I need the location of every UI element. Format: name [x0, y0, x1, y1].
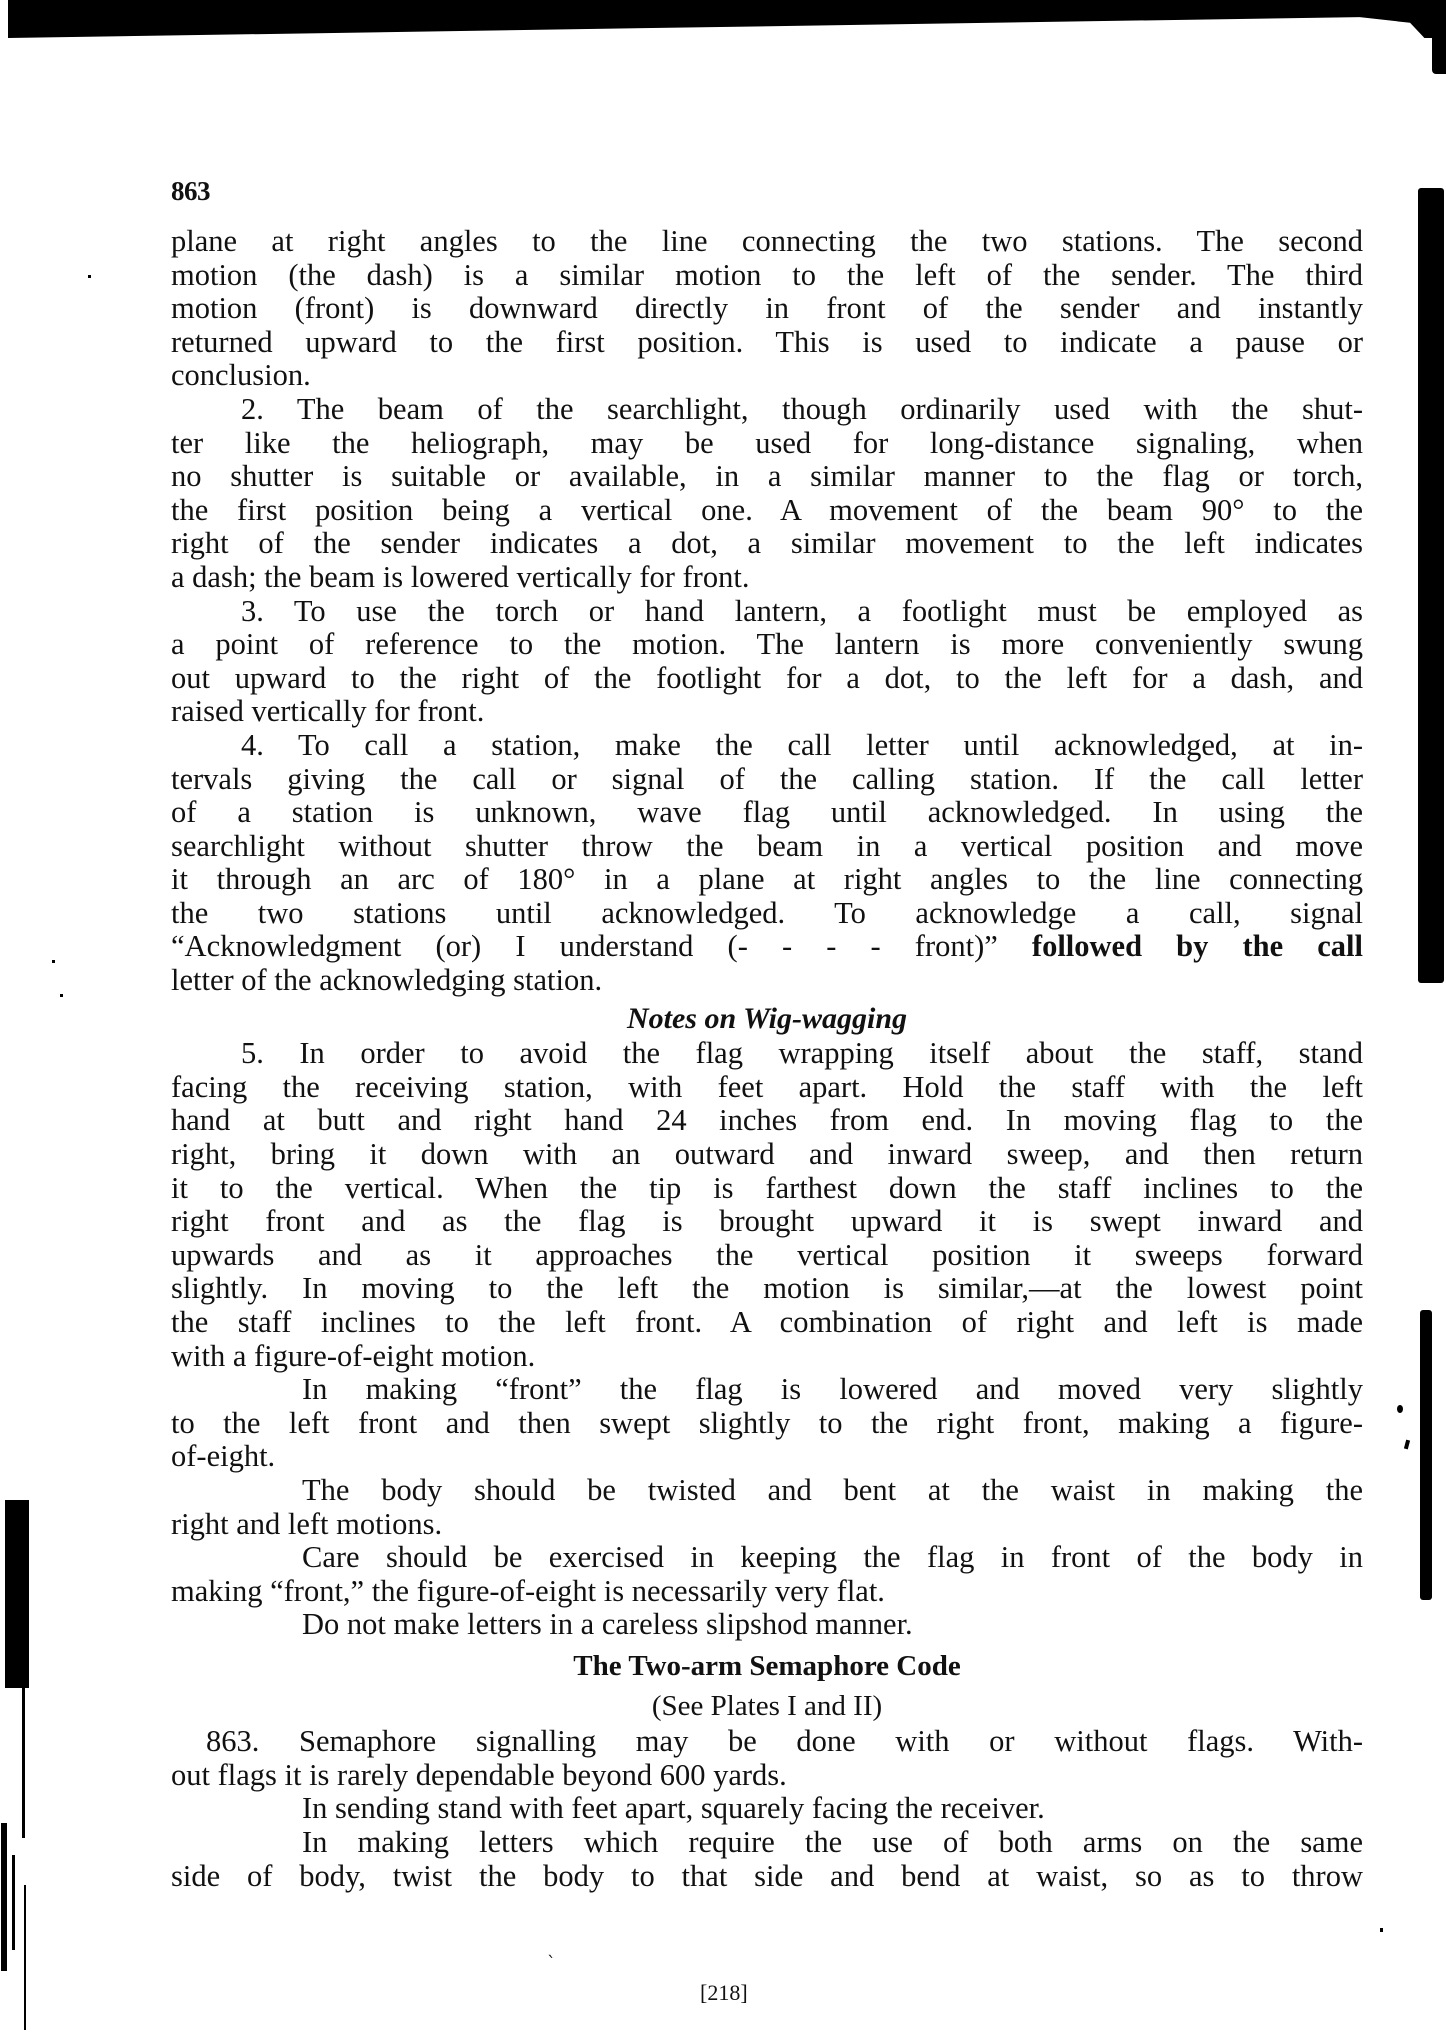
scan-edge-left: [22, 1688, 25, 1838]
scan-edge-left: [24, 1885, 26, 2030]
text-line: upwards and as it approaches the vertica…: [171, 1239, 1363, 1273]
scan-edge-left: [5, 1500, 29, 1688]
text-line: a dash; the beam is lowered vertically f…: [171, 561, 1363, 595]
text-line: side of body, twist the body to that sid…: [171, 1860, 1363, 1894]
text-line: it through an arc of 180° in a plane at …: [171, 863, 1363, 897]
text-line: out flags it is rarely dependable beyond…: [171, 1759, 1363, 1793]
scan-edge-left: [12, 1855, 15, 1950]
text-line: Do not make letters in a careless slipsh…: [171, 1608, 1363, 1642]
text-line: out upward to the right of the footlight…: [171, 662, 1363, 696]
text-line: ter like the heliograph, may be used for…: [171, 427, 1363, 461]
paragraph-care: Care should be exercised in keeping the …: [171, 1541, 1363, 1608]
scan-speck: [60, 994, 63, 997]
paragraph-slipshod: Do not make letters in a careless slipsh…: [171, 1608, 1363, 1642]
text-line: motion (the dash) is a similar motion to…: [171, 259, 1363, 293]
paragraph-3-torch: 3. To use the torch or hand lantern, a f…: [171, 595, 1363, 729]
text-line: The body should be twisted and bent at t…: [171, 1474, 1363, 1508]
text-line: no shutter is suitable or available, in …: [171, 460, 1363, 494]
text-line: right, bring it down with an outward and…: [171, 1138, 1363, 1172]
text-line: of a station is unknown, wave flag until…: [171, 796, 1363, 830]
paragraph-both-arms: In making letters which require the use …: [171, 1826, 1363, 1893]
text-line: 863. Semaphore signalling may be done wi…: [171, 1725, 1363, 1759]
text-line: with a figure-of-eight motion.: [171, 1340, 1363, 1374]
scan-edge-top: [8, 0, 1446, 38]
text-line: In making “front” the flag is lowered an…: [171, 1373, 1363, 1407]
text-line: hand at butt and right hand 24 inches fr…: [171, 1104, 1363, 1138]
text-line: facing the receiving station, with feet …: [171, 1071, 1363, 1105]
scan-speck: [1404, 1440, 1410, 1450]
text-line: right of the sender indicates a dot, a s…: [171, 527, 1363, 561]
scan-edge-right-upper: [1418, 188, 1444, 983]
text-line: the two stations until acknowledged. To …: [171, 897, 1363, 931]
text-line: of-eight.: [171, 1440, 1363, 1474]
text-fragment-bold: followed by the call: [1032, 929, 1363, 963]
text-line: 2. The beam of the searchlight, though o…: [171, 393, 1363, 427]
text-line: 5. In order to avoid the flag wrapping i…: [171, 1037, 1363, 1071]
paragraph-2-searchlight: 2. The beam of the searchlight, though o…: [171, 393, 1363, 595]
text-line: making “front,” the figure-of-eight is n…: [171, 1575, 1363, 1609]
scan-edge-left: [1, 1823, 7, 1971]
text-line: In sending stand with feet apart, square…: [171, 1792, 1363, 1826]
section-heading-semaphore: The Two-arm Semaphore Code: [171, 1650, 1363, 1684]
scan-speck: [88, 275, 91, 278]
footer-page-number: [218]: [700, 1980, 748, 2006]
paragraph-4-call-station: 4. To call a station, make the call lett…: [171, 729, 1363, 998]
section-subheading-plates: (See Plates I and II): [171, 1690, 1363, 1724]
scan-edge-right-lower: [1420, 1310, 1432, 1600]
text-line: conclusion.: [171, 359, 1363, 393]
text-line: right and left motions.: [171, 1508, 1363, 1542]
text-fragment: “Acknowledgment (or) I understand (- - -…: [171, 929, 1032, 963]
text-line: it to the vertical. When the tip is fart…: [171, 1172, 1363, 1206]
text-line: 4. To call a station, make the call lett…: [171, 729, 1363, 763]
text-line: the first position being a vertical one.…: [171, 494, 1363, 528]
text-line: “Acknowledgment (or) I understand (- - -…: [171, 930, 1363, 964]
text-line: 3. To use the torch or hand lantern, a f…: [171, 595, 1363, 629]
paragraph-863-semaphore: 863. Semaphore signalling may be done wi…: [171, 1725, 1363, 1792]
paragraph-continuation: plane at right angles to the line connec…: [171, 225, 1363, 393]
text-line: Care should be exercised in keeping the …: [171, 1541, 1363, 1575]
text-line: returned upward to the first position. T…: [171, 326, 1363, 360]
paragraph-sending: In sending stand with feet apart, square…: [171, 1792, 1363, 1826]
scan-speck: [1380, 1928, 1383, 1932]
text-line: the staff inclines to the left front. A …: [171, 1306, 1363, 1340]
text-line: searchlight without shutter throw the be…: [171, 830, 1363, 864]
section-heading-wigwag: Notes on Wig-wagging: [171, 1002, 1363, 1036]
paragraph-body-twist: The body should be twisted and bent at t…: [171, 1474, 1363, 1541]
text-line: right front and as the flag is brought u…: [171, 1205, 1363, 1239]
scan-edge-corner: [1432, 30, 1446, 74]
text-line: raised vertically for front.: [171, 695, 1363, 729]
scan-speck: `: [547, 1953, 556, 1974]
text-line: In making letters which require the use …: [171, 1826, 1363, 1860]
text-line: motion (front) is downward directly in f…: [171, 292, 1363, 326]
text-line: slightly. In moving to the left the moti…: [171, 1272, 1363, 1306]
text-line: letter of the acknowledging station.: [171, 964, 1363, 998]
text-line: to the left front and then swept slightl…: [171, 1407, 1363, 1441]
scan-speck: [1397, 1405, 1403, 1413]
body-text: plane at right angles to the line connec…: [171, 225, 1363, 1893]
text-line: plane at right angles to the line connec…: [171, 225, 1363, 259]
text-line: tervals giving the call or signal of the…: [171, 763, 1363, 797]
scan-speck: [52, 960, 55, 963]
text-line: a point of reference to the motion. The …: [171, 628, 1363, 662]
paragraph-5-wigwag: 5. In order to avoid the flag wrapping i…: [171, 1037, 1363, 1373]
running-page-number: 863: [171, 176, 210, 207]
paragraph-front: In making “front” the flag is lowered an…: [171, 1373, 1363, 1474]
